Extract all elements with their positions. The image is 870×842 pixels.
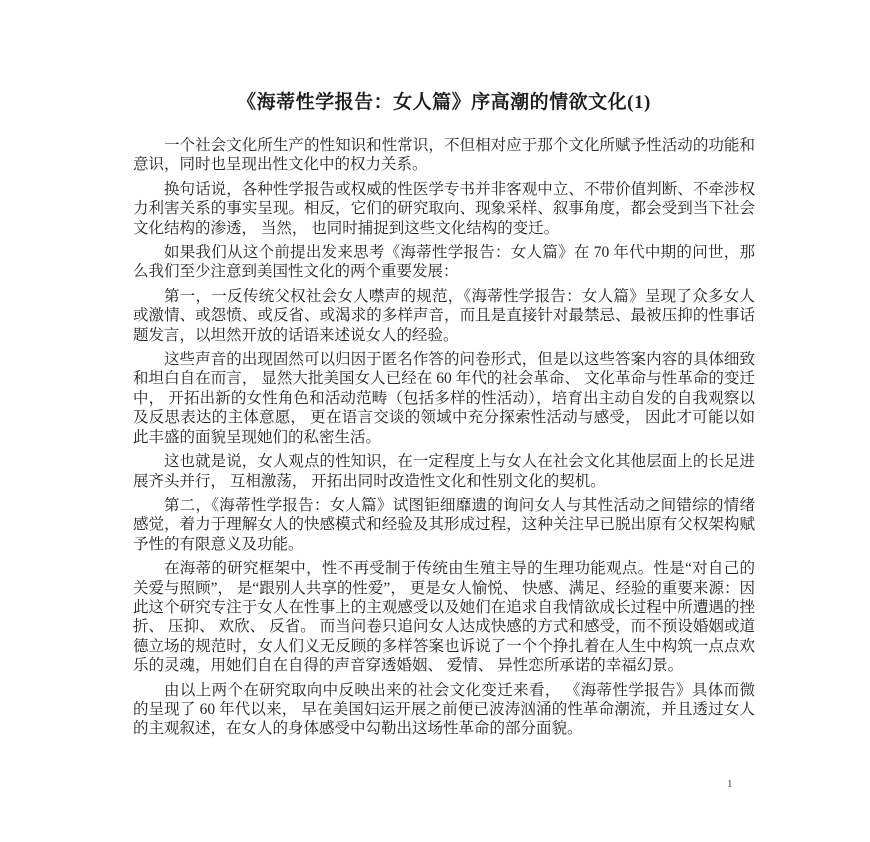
paragraph: 这些声音的出现固然可以归因于匿名作答的问卷形式，但是以这些答案内容的具体细致和坦… <box>133 350 755 447</box>
paragraph: 换句话说，各种性学报告或权威的性医学专书并非客观中立、不带价值判断、不牵涉权力利… <box>133 180 755 238</box>
page-number: 1 <box>727 777 733 791</box>
paragraph: 在海蒂的研究框架中，性不再受制于传统由生殖主导的生理功能观点。性是“对自己的关爱… <box>133 559 755 675</box>
document-page: 《海蒂性学报告：女人篇》序高潮的情欲文化(1) 一个社会文化所生产的性知识和性常… <box>0 0 870 842</box>
paragraph: 由以上两个在研究取向中反映出来的社会文化变迁来看， 《海蒂性学报告》具体而微的呈… <box>133 681 755 739</box>
paragraph: 这也就是说，女人观点的性知识，在一定程度上与女人在社会文化其他层面上的长足进展齐… <box>133 452 755 491</box>
paragraph: 第二，《海蒂性学报告：女人篇》试图钜细靡遗的询问女人与其性活动之间错综的情绪感觉… <box>133 496 755 554</box>
paragraph: 第一，一反传统父权社会女人噤声的规范，《海蒂性学报告：女人篇》呈现了众多女人或激… <box>133 287 755 345</box>
document-title: 《海蒂性学报告：女人篇》序高潮的情欲文化(1) <box>133 91 755 115</box>
paragraph: 如果我们从这个前提出发来思考《海蒂性学报告：女人篇》在 70 年代中期的问世，那… <box>133 243 755 282</box>
document-content: 《海蒂性学报告：女人篇》序高潮的情欲文化(1) 一个社会文化所生产的性知识和性常… <box>133 91 755 744</box>
paragraph: 一个社会文化所生产的性知识和性常识，不但相对应于那个文化所赋予性活动的功能和意识… <box>133 136 755 175</box>
